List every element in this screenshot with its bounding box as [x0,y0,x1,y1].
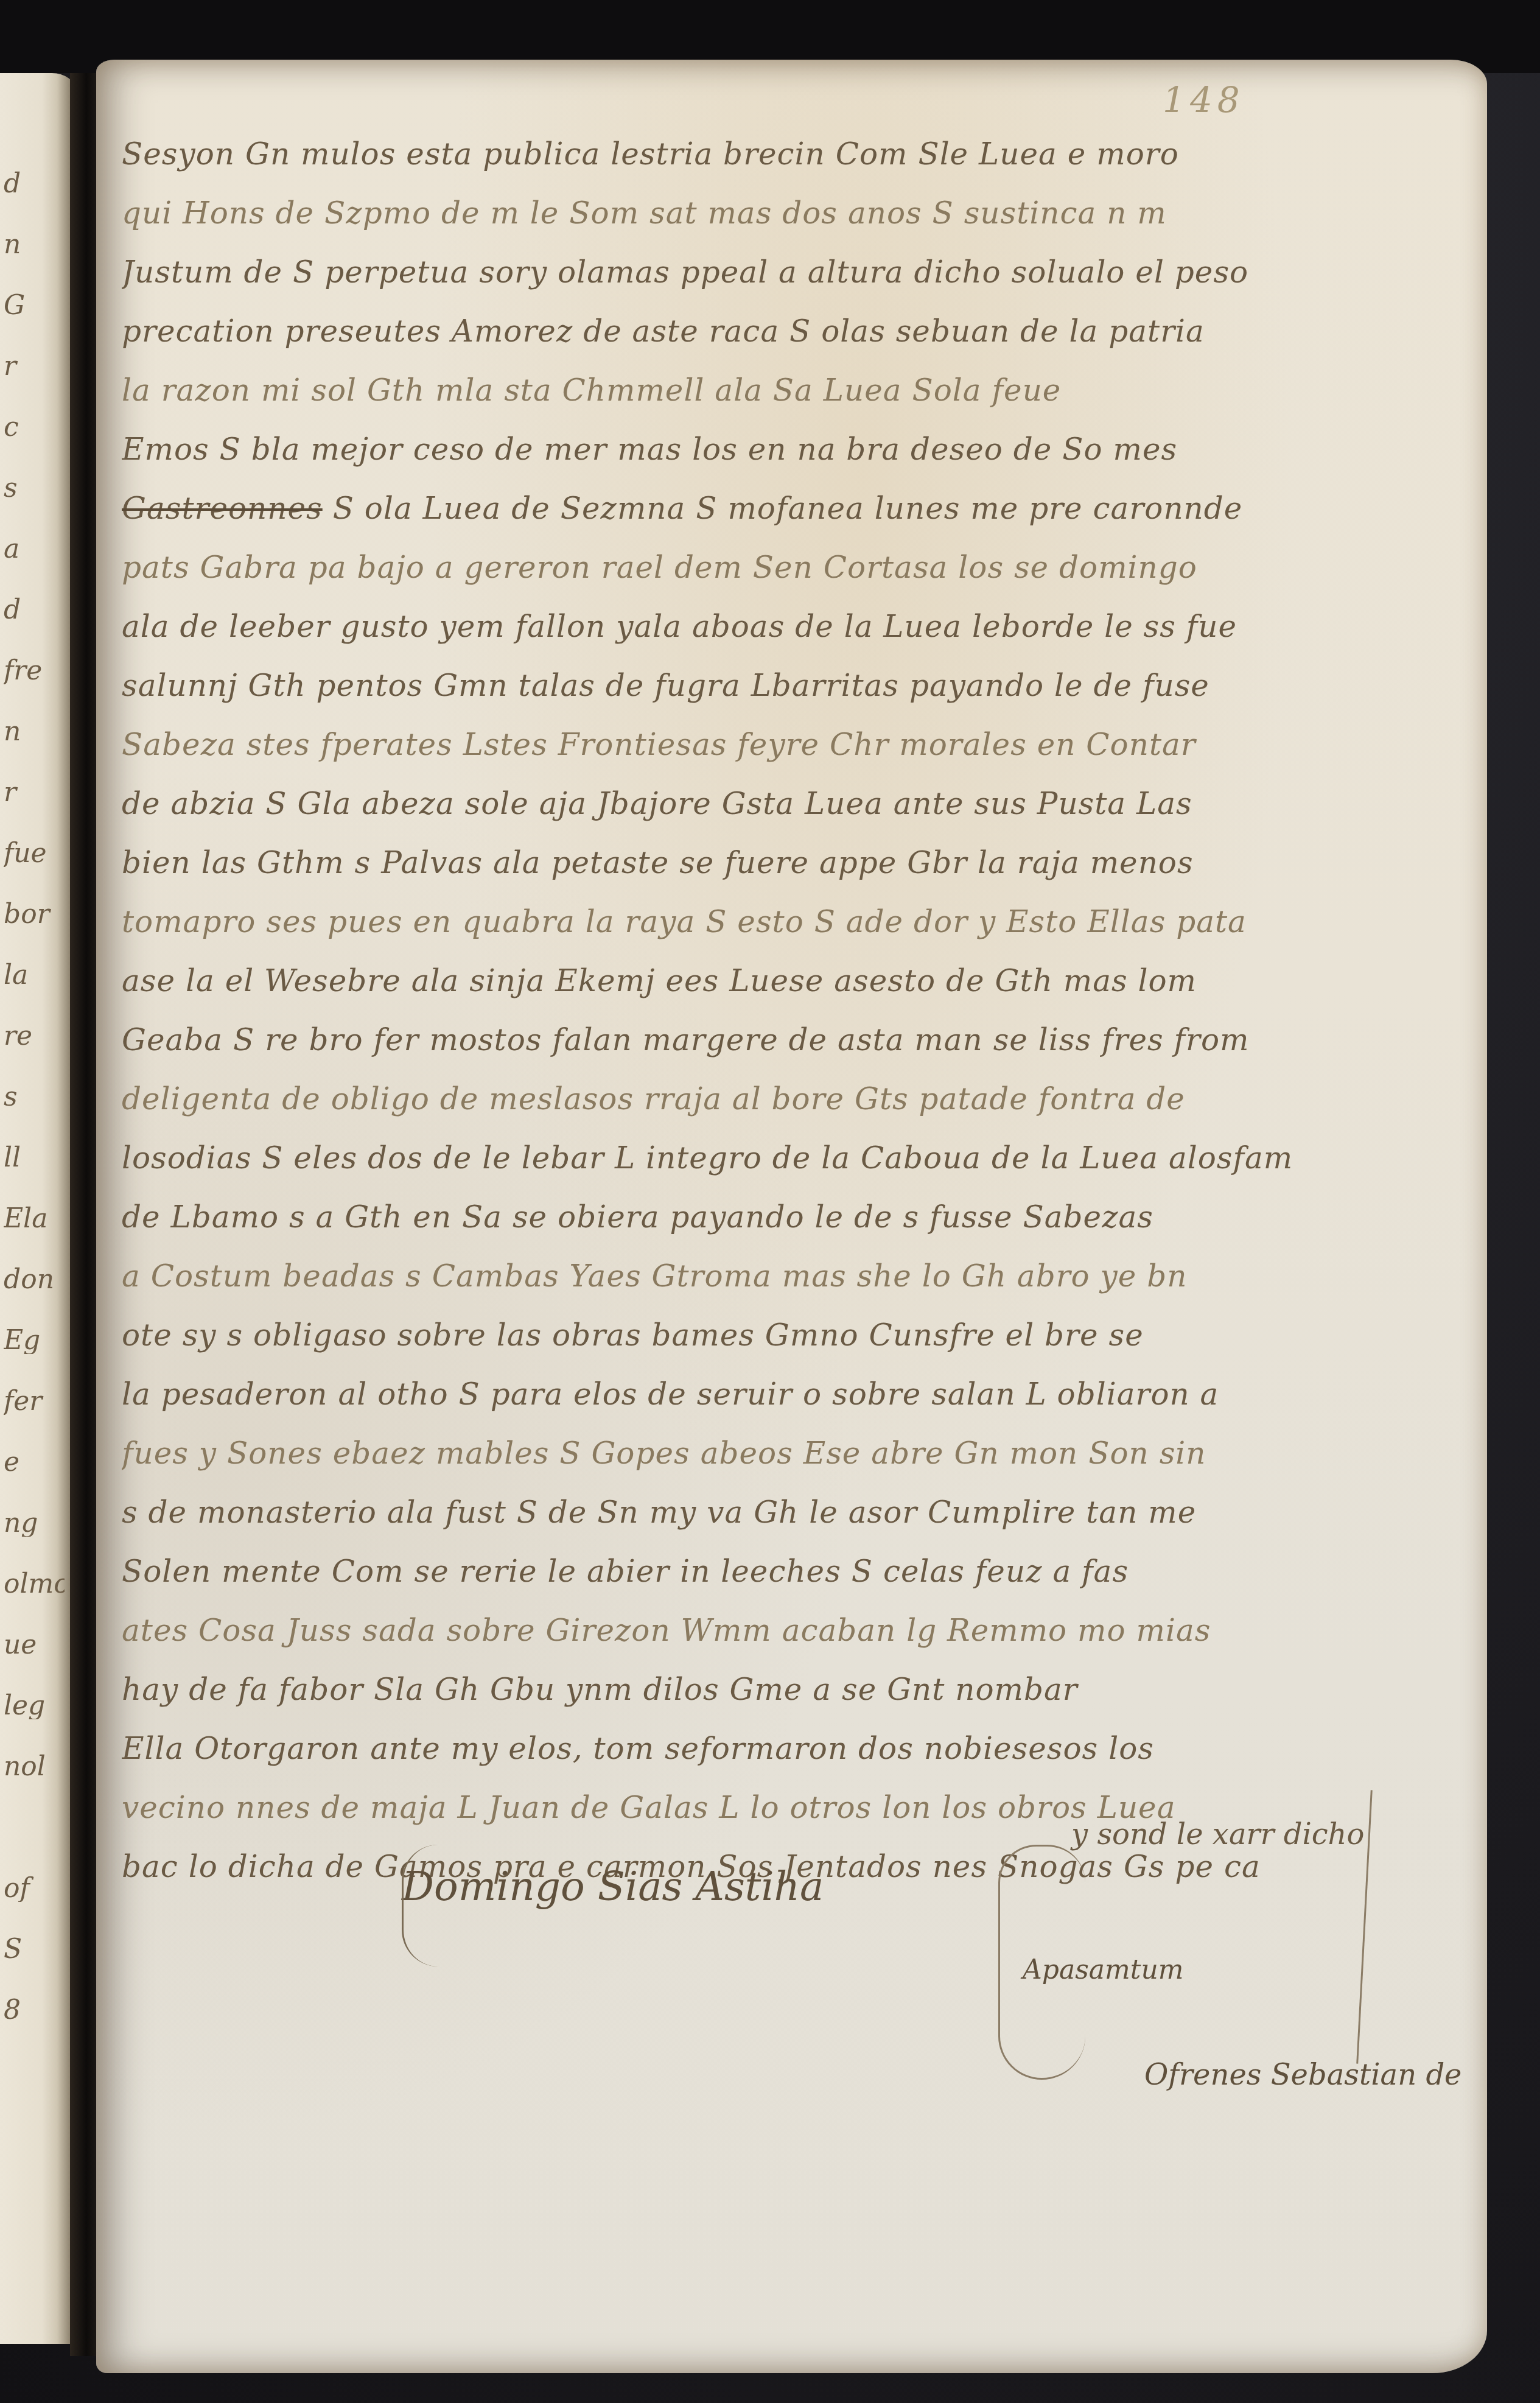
manuscript-line: ase la el Wesebre ala sinja Ekemj ees Lu… [122,952,1473,1011]
left-page-text-fragment: nol [4,1753,65,1780]
manuscript-line: Geaba S re bro fer mostos falan margere … [122,1011,1473,1070]
left-page-text-fragment: fer [4,1388,65,1415]
signature-text: Domingo Sias Astiha [402,1863,824,1910]
left-page-text-fragment: olmo [4,1571,65,1598]
manuscript-line: losodias S eles dos de le lebar L integr… [122,1129,1473,1188]
manuscript-line: bien las Gthm s Palvas ala petaste se fu… [122,833,1473,893]
closing-note: y sond le xarr dicho [1071,1817,1364,1851]
left-page-text-fragment: d [4,597,65,623]
manuscript-line: pats Gabra pa bajo a gereron rael dem Se… [122,538,1473,597]
left-page-text-fragment: ue [4,1632,65,1658]
manuscript-line: tomapro ses pues en quabra la raya S est… [122,893,1473,952]
manuscript-line: Justum de S perpetua sory olamas ppeal a… [122,243,1473,302]
left-page-text-fragment: s [4,1084,65,1110]
left-page-text-fragment: leg [4,1693,65,1719]
manuscript-line: Gastreonnes S ola Luea de Sezmna S mofan… [122,479,1473,538]
signature-notary: Ofrenes Sebastian de [1144,2058,1462,2092]
left-page-text-fragment: ng [4,1510,65,1537]
manuscript-line: ala de leeber gusto yem fallon yala aboa… [122,597,1473,656]
left-facing-page: dnGrcsadfrenrfueborlaresllEladonEgfereng… [0,73,76,2344]
left-page-text-fragment: la [4,962,65,989]
struck-through-text: Gastreonnes [122,491,323,526]
left-page-text-fragment: Ela [4,1205,65,1232]
left-page-text-fragment: of [4,1875,65,1902]
manuscript-line: qui Hons de Szpmo de m le Som sat mas do… [122,184,1473,243]
left-page-text-fragment: fue [4,840,65,867]
manuscript-line: hay de fa fabor Sla Gh Gbu ynm dilos Gme… [122,1660,1473,1719]
manuscript-line: Solen mente Com se rerie le abier in lee… [122,1542,1473,1601]
manuscript-line: precation preseutes Amorez de aste raca … [122,302,1473,361]
left-page-text-fragment: a [4,536,65,563]
manuscript-line: la pesaderon al otho S para elos de seru… [122,1365,1473,1424]
left-page-text-fragment: G [4,292,65,319]
left-page-text-fragment: bor [4,901,65,928]
left-page-text-fragment: d [4,170,65,197]
left-page-text-fragment: r [4,779,65,806]
signature-loop-flourish [998,1845,1085,2080]
manuscript-line: deligenta de obligo de meslasos rraja al… [122,1070,1473,1129]
left-page-text-fragment: 8 [4,1997,65,2024]
signature-text: Ofrenes Sebastian de [1144,2058,1462,2092]
manuscript-line: Ella Otorgaron ante my elos, tom seforma… [122,1719,1473,1778]
left-page-text-fragment: Eg [4,1327,65,1354]
manuscript-body-text: Sesyon Gn mulos esta publica lestria bre… [122,125,1473,1896]
left-page-text-fragment: don [4,1266,65,1293]
left-page-text-fragment: s [4,475,65,502]
left-page-text-fragment: n [4,231,65,258]
signature-first-signatory: Domingo Sias Astiha [402,1863,824,1910]
signature-flourish [402,1845,446,1966]
left-page-text-fragment: c [4,414,65,441]
left-page-text-fragment: S [4,1936,65,1963]
left-page-text-fragment: ll [4,1145,65,1171]
manuscript-line: de abzia S Gla abeza sole aja Jbajore Gs… [122,774,1473,833]
manuscript-line: Sabeza stes fperates Lstes Frontiesas fe… [122,715,1473,774]
manuscript-line: ote sy s obligaso sobre las obras bames … [122,1306,1473,1365]
left-page-text-fragment: r [4,353,65,380]
manuscript-line: salunnj Gth pentos Gmn talas de fugra Lb… [122,656,1473,715]
signature-second-signatory: Apasamtum [1023,1954,1183,1985]
left-page-text-fragment: fre [4,658,65,684]
manuscript-line: la razon mi sol Gth mla sta Chmmell ala … [122,361,1473,420]
manuscript-line: ates Cosa Juss sada sobre Girezon Wmm ac… [122,1601,1473,1660]
manuscript-line: s de monasterio ala fust S de Sn my va G… [122,1483,1473,1542]
manuscript-line: a Costum beadas s Cambas Yaes Gtroma mas… [122,1247,1473,1306]
left-page-text-fragment: n [4,718,65,745]
folio-number: 148 [1163,79,1245,121]
manuscript-line: Sesyon Gn mulos esta publica lestria bre… [122,125,1473,184]
manuscript-line: Emos S bla mejor ceso de mer mas los en … [122,420,1473,479]
manuscript-line: fues y Sones ebaez mables S Gopes abeos … [122,1424,1473,1483]
left-page-text-fragment: re [4,1023,65,1050]
manuscript-line: de Lbamo s a Gth en Sa se obiera payando… [122,1188,1473,1247]
left-page-text-fragment: e [4,1449,65,1476]
